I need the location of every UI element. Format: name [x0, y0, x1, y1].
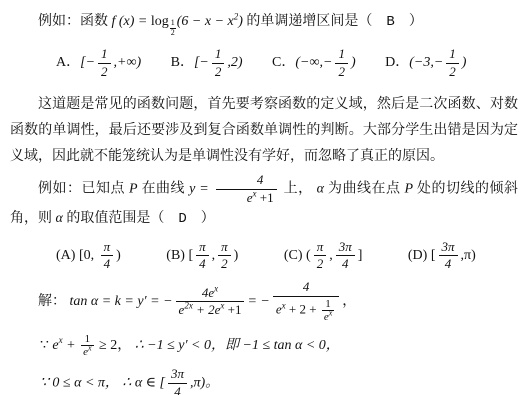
- fraction: 3π4: [439, 240, 458, 273]
- point-P: P: [129, 181, 138, 196]
- derivative-equation: tan α = k = y′ = −: [70, 294, 173, 309]
- option-label: (B): [166, 248, 185, 263]
- fraction: 12: [212, 47, 225, 80]
- fraction: 3π4: [336, 240, 355, 273]
- curve-equation: y =: [189, 181, 213, 196]
- question1-tail: 的单调递增区间是（: [246, 14, 372, 29]
- log-base-fraction: 12: [170, 19, 176, 38]
- reciprocal-fraction: 1ex: [81, 333, 93, 358]
- because-symbol: ∵: [40, 337, 52, 352]
- fraction: 3π4: [168, 367, 187, 395]
- question1-options: A．[−12,+∞) B．[−12,2) C．(−∞,−12) D．(−3,−1…: [10, 47, 518, 80]
- q2-option-c: (C) (π2,3π4]: [284, 248, 366, 263]
- solution-step2: ∵ ex + 1ex ≥ 2， ∴ −1 ≤ y′ < 0，即 −1 ≤ tan…: [10, 333, 518, 358]
- option-label: B．: [171, 55, 194, 70]
- q2-option-a: (A) [0, π4): [56, 248, 124, 263]
- because-range: ∵ 0 ≤ α < π，: [40, 375, 119, 390]
- option-label: (D): [408, 248, 427, 263]
- question2-answer: D: [164, 211, 200, 227]
- fraction: π2: [314, 240, 327, 273]
- q1-option-b: B．[−12,2): [171, 55, 246, 70]
- fraction: π4: [196, 240, 209, 273]
- fraction: π2: [218, 240, 231, 273]
- option-label: (A): [56, 248, 75, 263]
- argument-expression: (6 − x − x: [177, 14, 234, 29]
- question2-lead: 例如：已知点: [38, 181, 125, 196]
- question1-answer: B: [372, 14, 408, 30]
- solution-label: 解：: [38, 294, 66, 309]
- solution-step3: ∵ 0 ≤ α < π， ∴ α ∈ [3π4,π)。: [10, 367, 518, 395]
- solution-line: 解： tan α = k = y′ = −4exe2x + 2ex +1= −4…: [10, 280, 518, 323]
- log-operator: log: [151, 14, 169, 29]
- therefore-inequality: ∴ −1 ≤ y′ < 0，即 −1 ≤ tan α < 0，: [135, 337, 340, 352]
- math-document: 例如：函数 f (x) = log12(6 − x − x2) 的单调递增区间是…: [0, 0, 528, 395]
- option-label: C．: [272, 55, 295, 70]
- nested-fraction: 1ex: [322, 298, 334, 323]
- therefore-conclusion: ∴ α ∈ [: [122, 375, 165, 390]
- q1-option-a: A．[−12,+∞): [56, 55, 145, 70]
- fraction: π4: [101, 240, 114, 273]
- alpha-symbol: α: [56, 211, 63, 226]
- question1-lead: 例如：函数: [38, 14, 108, 29]
- fraction: 12: [98, 47, 111, 80]
- q1-option-c: C．(−∞,−12): [272, 55, 359, 70]
- derivative-fraction-1: 4exe2x + 2ex +1: [176, 286, 245, 319]
- question2-statement: 例如：已知点 P 在曲线 y = 4ex +1 上， α 为曲线在点 P 处的切…: [10, 173, 518, 232]
- fraction: 12: [446, 47, 459, 80]
- question2-options: (A) [0, π4) (B) [π4,π2) (C) (π2,3π4] (D)…: [10, 240, 518, 273]
- q2-option-d: (D) [3π4,π): [408, 248, 476, 263]
- point-P: P: [404, 181, 413, 196]
- function-expression: f (x) =: [112, 14, 151, 29]
- derivative-fraction-2: 4ex + 2 + 1ex: [273, 280, 339, 323]
- option-label: (C): [284, 248, 303, 263]
- q1-option-d: D．(−3,−12): [385, 55, 466, 70]
- alpha-symbol: α: [317, 181, 324, 196]
- analysis-paragraph: 这道题是常见的函数问题，首先要考察函数的定义域，然后是二次函数、对数函数的单调性…: [10, 92, 518, 170]
- fraction: 12: [335, 47, 348, 80]
- option-label: D．: [385, 55, 409, 70]
- curve-fraction: 4ex +1: [216, 173, 277, 206]
- option-label: A．: [56, 55, 80, 70]
- q2-option-b: (B) [π4,π2): [166, 248, 242, 263]
- question1-statement: 例如：函数 f (x) = log12(6 − x − x2) 的单调递增区间是…: [10, 10, 518, 38]
